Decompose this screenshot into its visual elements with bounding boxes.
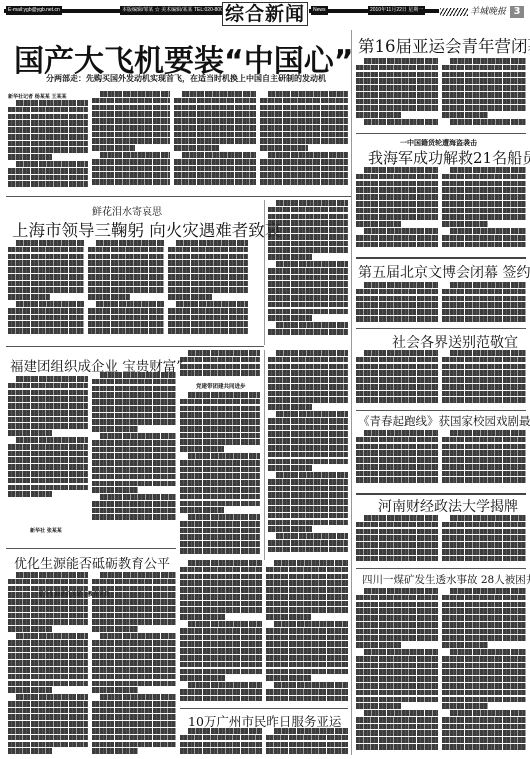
text-line [356, 703, 401, 709]
text-line [180, 446, 224, 452]
text-line [180, 406, 260, 412]
text-line [92, 599, 176, 605]
text-line [364, 350, 438, 356]
text-line [356, 289, 438, 295]
text-line [8, 457, 88, 463]
text-line [442, 296, 526, 302]
text-line [92, 386, 176, 392]
text-line [168, 281, 248, 287]
education-col-2 [92, 572, 176, 756]
text-line [442, 235, 526, 241]
text-line [450, 430, 526, 436]
text-line [180, 594, 262, 600]
text-line [92, 501, 176, 507]
text-line [176, 301, 248, 307]
text-line [8, 328, 84, 334]
text-line [266, 689, 348, 695]
text-line [266, 648, 348, 654]
text-line [442, 309, 526, 315]
text-line [356, 309, 438, 315]
text-line [180, 574, 262, 580]
text-line [180, 580, 262, 586]
text-line [356, 112, 401, 118]
text-line [180, 601, 262, 607]
text-line [92, 660, 176, 666]
fujian-col-1 [8, 376, 88, 504]
text-line [268, 438, 348, 444]
text-line [268, 227, 348, 233]
text-line [92, 586, 176, 592]
masthead-date: 2010年11月22日 星期一 [368, 6, 425, 15]
text-line [88, 328, 164, 334]
text-line [168, 267, 248, 273]
text-line [8, 708, 88, 714]
text-line [356, 221, 401, 227]
text-line [450, 282, 526, 288]
text-line [268, 492, 348, 498]
text-line [176, 240, 248, 246]
text-line [356, 377, 438, 383]
text-line [180, 748, 262, 754]
text-line [268, 315, 312, 321]
text-line [268, 540, 348, 546]
text-line [174, 125, 256, 131]
text-line [356, 471, 438, 477]
henan-univ-col-1 [356, 515, 438, 565]
text-line [8, 586, 88, 592]
rule-left-lower [6, 548, 176, 549]
lead-col-1 [8, 100, 88, 190]
lead-col-4 [260, 91, 348, 190]
text-line [450, 167, 526, 173]
text-line [364, 282, 438, 288]
text-line [442, 471, 526, 477]
text-line [442, 697, 526, 703]
text-line [8, 134, 88, 140]
page-number: 3 [510, 6, 524, 18]
text-line [266, 742, 348, 748]
text-line [268, 547, 348, 553]
text-line [16, 301, 84, 307]
text-line [442, 642, 488, 648]
rule-guangzhou [180, 708, 348, 709]
text-line [356, 669, 438, 675]
text-line [92, 667, 176, 673]
text-line [276, 200, 348, 206]
text-line [356, 391, 438, 397]
text-line [442, 635, 526, 641]
text-line [168, 260, 248, 266]
text-line [442, 444, 526, 450]
text-line [268, 459, 348, 465]
masthead-editor-info: 本版编辑/邹某 ☆ 美术编辑/某某 TEL:020-8000000 [120, 6, 236, 15]
text-line [266, 635, 348, 641]
text-line [174, 118, 256, 124]
text-line [442, 669, 526, 675]
text-line [356, 676, 438, 682]
text-line [268, 370, 348, 376]
text-line [168, 294, 212, 300]
text-line [88, 254, 164, 260]
text-line [8, 423, 88, 429]
youth-play-col-1 [356, 430, 438, 490]
text-line [268, 479, 348, 485]
education-col-3 [180, 560, 262, 705]
text-line [92, 708, 176, 714]
text-line [8, 451, 88, 457]
text-line [356, 717, 438, 723]
text-line [356, 724, 438, 730]
text-line [442, 221, 488, 227]
text-line [8, 308, 84, 314]
text-line [100, 433, 176, 439]
education-col-4 [266, 560, 348, 705]
text-line [180, 501, 260, 507]
asian-youth-camp-col-2 [442, 58, 526, 128]
text-line [356, 201, 438, 207]
text-line [268, 486, 348, 492]
text-line [442, 437, 526, 443]
text-line [8, 287, 84, 293]
text-line [180, 614, 225, 620]
farewell-col-1 [356, 350, 438, 405]
text-line [268, 425, 348, 431]
text-line [266, 735, 348, 741]
text-line [88, 260, 164, 266]
text-line [442, 450, 526, 456]
text-line [356, 556, 438, 562]
text-line [180, 364, 260, 370]
text-line [16, 100, 88, 106]
education-col-1 [8, 572, 88, 756]
text-line [8, 619, 88, 625]
text-line [8, 107, 88, 113]
text-line [8, 247, 84, 253]
text-line [8, 653, 88, 659]
text-line [180, 426, 260, 432]
text-line [8, 396, 88, 402]
text-line [8, 120, 88, 126]
text-line [450, 710, 526, 716]
text-line [180, 412, 260, 418]
text-line [92, 453, 176, 459]
text-line [88, 281, 164, 287]
text-line [8, 626, 52, 632]
text-line [180, 648, 262, 654]
text-line [92, 132, 170, 138]
text-line [356, 595, 438, 601]
text-line [276, 411, 348, 417]
text-line [92, 640, 176, 646]
text-line [442, 357, 526, 363]
text-line [356, 535, 438, 541]
shanghai-fire-col-4 [268, 200, 348, 340]
text-line [88, 274, 164, 280]
text-line [356, 730, 438, 736]
text-line [88, 321, 164, 327]
text-line [268, 465, 312, 471]
text-line [180, 541, 260, 547]
text-line [180, 655, 262, 661]
text-line [8, 321, 84, 327]
text-line [268, 520, 348, 526]
text-line [442, 676, 526, 682]
text-line [268, 364, 348, 370]
text-line [442, 85, 526, 91]
text-line [356, 642, 401, 648]
henan-univ-headline: 河南财经政法大学揭牌 [378, 496, 518, 516]
text-line [356, 690, 438, 696]
text-line [356, 457, 438, 463]
text-line [92, 647, 176, 653]
text-line [442, 391, 526, 397]
text-line [260, 105, 348, 111]
text-line [92, 125, 170, 131]
text-line [8, 714, 88, 720]
text-line [92, 514, 176, 520]
text-line [168, 254, 248, 260]
text-line [8, 579, 88, 585]
text-line [356, 737, 438, 743]
text-line [92, 467, 176, 473]
text-line [364, 228, 438, 234]
text-line [276, 533, 348, 539]
text-line [260, 98, 348, 104]
text-line [174, 132, 256, 138]
rule-right-4 [356, 410, 526, 411]
text-line [266, 594, 348, 600]
text-line [8, 390, 88, 396]
text-line [442, 99, 526, 105]
text-line [442, 464, 526, 470]
text-line [364, 710, 438, 716]
text-line [442, 703, 488, 709]
text-line [266, 628, 348, 634]
text-line [188, 728, 262, 734]
text-line [88, 315, 164, 321]
text-line [442, 201, 526, 207]
text-line [92, 714, 176, 720]
text-line [100, 372, 176, 378]
text-line [180, 662, 262, 668]
text-line [8, 478, 88, 484]
text-line [356, 477, 438, 483]
text-line [180, 399, 260, 405]
text-line [174, 138, 256, 144]
text-line [268, 499, 348, 505]
sichuan-mine-headline: 四川一煤矿发生透水事故 28人被困井下 [362, 572, 530, 587]
text-line [96, 240, 164, 246]
text-line [274, 682, 348, 688]
text-line [8, 417, 88, 423]
text-line [266, 669, 348, 675]
text-line [8, 315, 84, 321]
text-line [180, 528, 260, 534]
text-line [450, 515, 526, 521]
text-line [168, 287, 248, 293]
text-line [260, 118, 348, 124]
text-line [442, 316, 526, 322]
text-line [442, 622, 526, 628]
text-line [356, 608, 438, 614]
text-line [442, 112, 488, 118]
text-line [356, 78, 438, 84]
text-line [268, 513, 348, 519]
text-line [356, 85, 438, 91]
text-line [88, 308, 164, 314]
text-line [8, 606, 88, 612]
text-line [266, 614, 311, 620]
text-line [188, 350, 260, 356]
text-line [268, 397, 348, 403]
henan-univ-col-2 [442, 515, 526, 565]
text-line [442, 730, 526, 736]
text-line [88, 294, 130, 300]
text-line [276, 322, 348, 328]
section-en-label: News [311, 6, 328, 15]
text-line [88, 247, 164, 253]
text-line [168, 274, 248, 280]
text-line [92, 508, 176, 514]
text-line [180, 521, 260, 527]
text-line [356, 302, 438, 308]
text-line [96, 301, 164, 307]
text-line [276, 261, 348, 267]
fujian-col-2 [92, 372, 176, 522]
text-line [8, 181, 88, 187]
navy-rescue-headline: 我海军成功解救21名船员 [368, 147, 530, 168]
text-line [266, 662, 348, 668]
text-line [450, 58, 526, 64]
text-line [356, 663, 438, 669]
text-line [8, 471, 88, 477]
text-line [8, 742, 88, 748]
text-line [442, 542, 526, 548]
asian-youth-camp-col-1 [356, 58, 438, 128]
text-line [8, 667, 88, 673]
text-line [260, 132, 348, 138]
text-line [180, 534, 260, 540]
text-line [92, 426, 138, 432]
text-line [268, 234, 348, 240]
rule-right-5 [356, 493, 526, 495]
text-line [92, 406, 176, 412]
text-line [276, 472, 348, 478]
text-line [16, 240, 84, 246]
decorative-stripes-icon [440, 8, 468, 16]
navy-rescue-col-2 [442, 167, 526, 252]
lead-col-2 [92, 91, 170, 190]
text-line [8, 147, 88, 153]
lead-subhead: 分两部走：先购买国外发动机实现首飞，在适当时机换上中国自主研制的发动机 [46, 73, 326, 84]
text-line [356, 656, 438, 662]
text-line [266, 675, 311, 681]
text-line [16, 572, 88, 578]
shanghai-fire-col-2 [88, 240, 164, 340]
text-line [260, 111, 348, 117]
text-line [356, 194, 438, 200]
text-line [88, 287, 164, 293]
text-line [268, 152, 348, 158]
text-line [356, 296, 438, 302]
text-line [92, 674, 176, 680]
text-line [92, 440, 176, 446]
text-line [180, 439, 260, 445]
fujian-col-3 [180, 350, 260, 378]
text-line [442, 72, 526, 78]
text-line [356, 181, 438, 187]
text-line [8, 613, 88, 619]
text-line [180, 735, 262, 741]
text-line [356, 92, 438, 98]
text-line [364, 167, 438, 173]
text-line [442, 724, 526, 730]
sichuan-mine-col-2 [442, 588, 526, 756]
text-line [442, 529, 526, 535]
text-line [8, 660, 88, 666]
text-line [268, 295, 348, 301]
text-line [268, 91, 348, 97]
text-line [174, 166, 256, 172]
text-line [356, 364, 438, 370]
masthead-email: E-mail:ygb@ygb.net.cn [6, 6, 62, 15]
text-line [268, 268, 348, 274]
center-col-1 [268, 350, 348, 560]
text-line [442, 629, 526, 635]
text-line [268, 254, 312, 260]
text-line [356, 629, 438, 635]
text-line [92, 481, 176, 487]
text-line [188, 621, 262, 627]
text-line [180, 507, 224, 513]
shanghai-fire-col-3 [168, 240, 248, 340]
text-line [442, 602, 526, 608]
text-line [100, 633, 176, 639]
text-line [92, 721, 176, 727]
fujian-byline: 新华社 张某某 [30, 527, 62, 534]
text-line [100, 91, 170, 97]
text-line [442, 744, 526, 750]
text-line [92, 701, 176, 707]
text-line [100, 694, 176, 700]
text-line [92, 105, 170, 111]
text-line [180, 473, 260, 479]
text-line [356, 105, 438, 111]
lead-byline: 新华社记者 杨某某 王某某 [8, 93, 66, 100]
text-line [268, 526, 312, 532]
text-line [8, 274, 84, 280]
text-line [442, 397, 526, 403]
text-line [180, 742, 262, 748]
text-line [442, 187, 526, 193]
text-line [260, 125, 348, 131]
text-line [364, 430, 438, 436]
text-line [442, 656, 526, 662]
text-line [8, 383, 88, 389]
text-line [364, 58, 438, 64]
text-line [260, 166, 348, 172]
text-line [188, 392, 260, 398]
text-line [8, 168, 88, 174]
text-line [356, 744, 438, 750]
text-line [92, 111, 170, 117]
text-line [364, 119, 438, 125]
text-line [174, 145, 219, 151]
text-line [356, 542, 438, 548]
text-line [268, 207, 348, 213]
text-line [180, 607, 262, 613]
text-line [442, 663, 526, 669]
